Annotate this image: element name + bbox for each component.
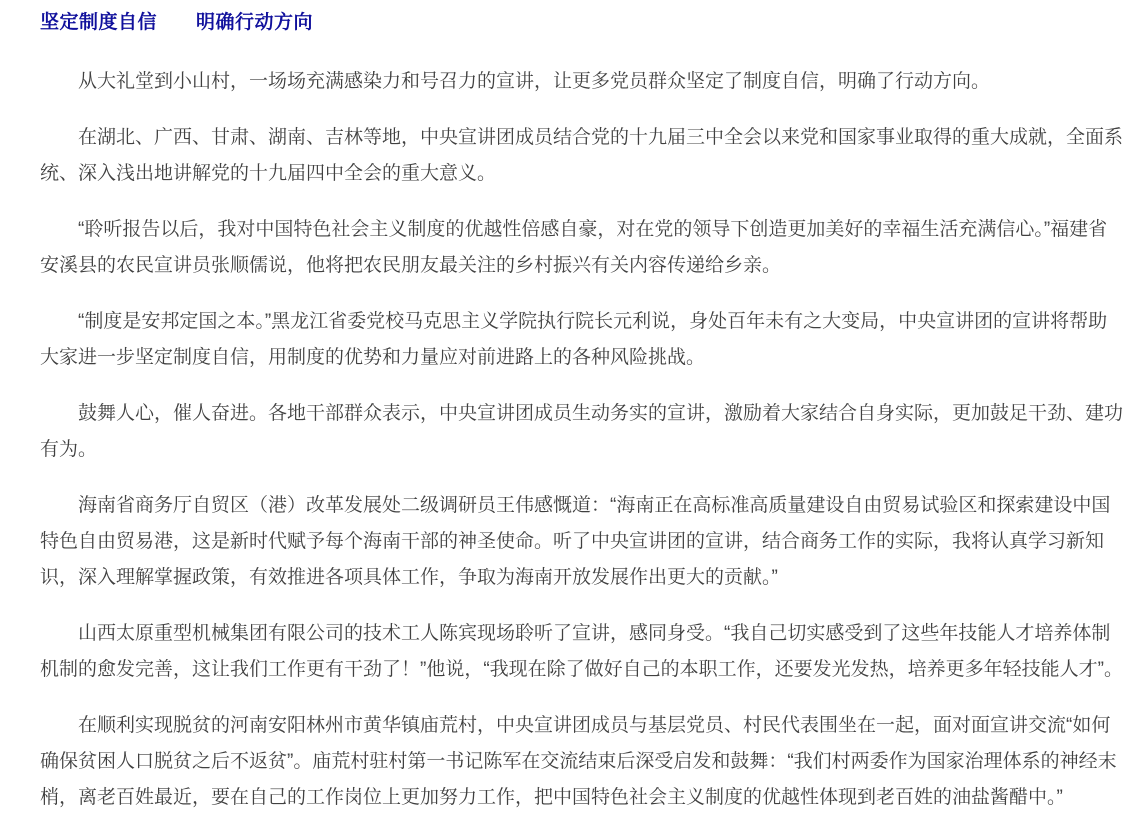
paragraph: 海南省商务厅自贸区（港）改革发展处二级调研员王伟感慨道：“海南正在高标准高质量建… [40,488,1125,596]
article-body: 坚定制度自信 明确行动方向 从大礼堂到小山村，一场场充满感染力和号召力的宣讲，让… [0,0,1139,816]
paragraph: “制度是安邦定国之本。”黑龙江省委党校马克思主义学院执行院长元利说，身处百年未有… [40,304,1125,376]
paragraph: 鼓舞人心，催人奋进。各地干部群众表示，中央宣讲团成员生动务实的宣讲，激励着大家结… [40,396,1125,468]
article-title: 坚定制度自信 明确行动方向 [40,9,1125,36]
paragraph: “聆听报告以后，我对中国特色社会主义制度的优越性倍感自豪，对在党的领导下创造更加… [40,212,1125,284]
paragraph: 在湖北、广西、甘肃、湖南、吉林等地，中央宣讲团成员结合党的十九届三中全会以来党和… [40,120,1125,192]
paragraph: 在顺利实现脱贫的河南安阳林州市黄华镇庙荒村，中央宣讲团成员与基层党员、村民代表围… [40,708,1125,816]
paragraph: 从大礼堂到小山村，一场场充满感染力和号召力的宣讲，让更多党员群众坚定了制度自信，… [40,64,1125,100]
paragraph: 山西太原重型机械集团有限公司的技术工人陈宾现场聆听了宣讲，感同身受。“我自己切实… [40,616,1125,688]
